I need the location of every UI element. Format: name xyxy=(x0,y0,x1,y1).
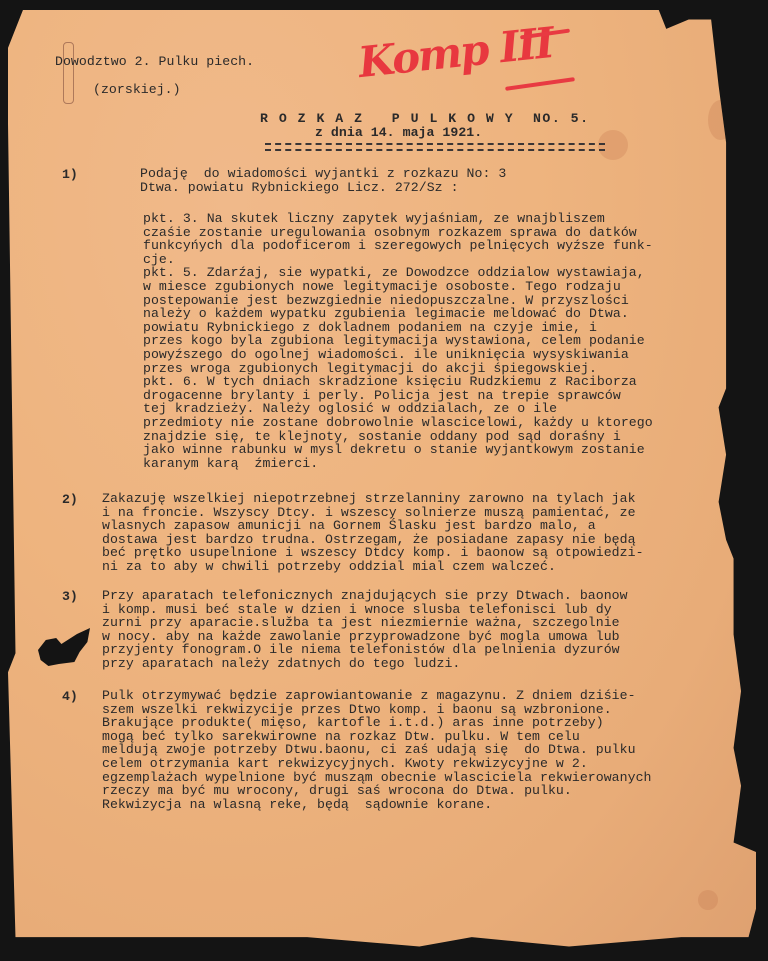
document-page xyxy=(8,10,756,956)
text-line: funkcyńych dla podoficerom i szeregowych… xyxy=(143,238,653,253)
text-line: Rekwizycja na wlasną reke, będą sądownie… xyxy=(102,797,492,812)
section-number-2: 2) xyxy=(62,492,78,507)
section-number-3: 3) xyxy=(62,589,78,604)
unit-name-line1: Dowodztwo 2. Pulku piech. xyxy=(55,55,254,69)
document-title: R O Z K A Z P U L K O W Y NO. 5. xyxy=(260,112,589,126)
stain xyxy=(698,890,718,910)
section-4-body: Pulk otrzymywać będzie zaprowiantowanie … xyxy=(102,689,652,811)
document-date: z dnia 14. maja 1921. xyxy=(315,126,482,140)
unit-name-line2: (zorskiej.) xyxy=(93,83,181,97)
section-number-4: 4) xyxy=(62,689,78,704)
section-1-intro: Podaję do wiadomości wyjantki z rozkazu … xyxy=(140,167,506,194)
text-line: ni za to aby w chwili potrzeby oddzial m… xyxy=(102,559,556,574)
section-3-body: Przy aparatach telefonicznych znajdujący… xyxy=(102,589,628,671)
section-2-body: Zakazuję wszelkiej niepotrzebnej strzela… xyxy=(102,492,644,574)
stain xyxy=(708,100,733,140)
section-1-body: pkt. 3. Na skutek liczny zapytek wyjaśni… xyxy=(143,212,653,470)
title-double-rule xyxy=(265,143,605,151)
pencil-bracket-mark xyxy=(63,42,74,104)
text-line: przy aparatach należy zdatnych do tego l… xyxy=(102,656,460,671)
section-number-1: 1) xyxy=(62,167,78,182)
text-line: karanym karą źmierci. xyxy=(143,456,318,471)
text-line: Dtwa. powiatu Rybnickiego Licz. 272/Sz : xyxy=(140,180,459,195)
